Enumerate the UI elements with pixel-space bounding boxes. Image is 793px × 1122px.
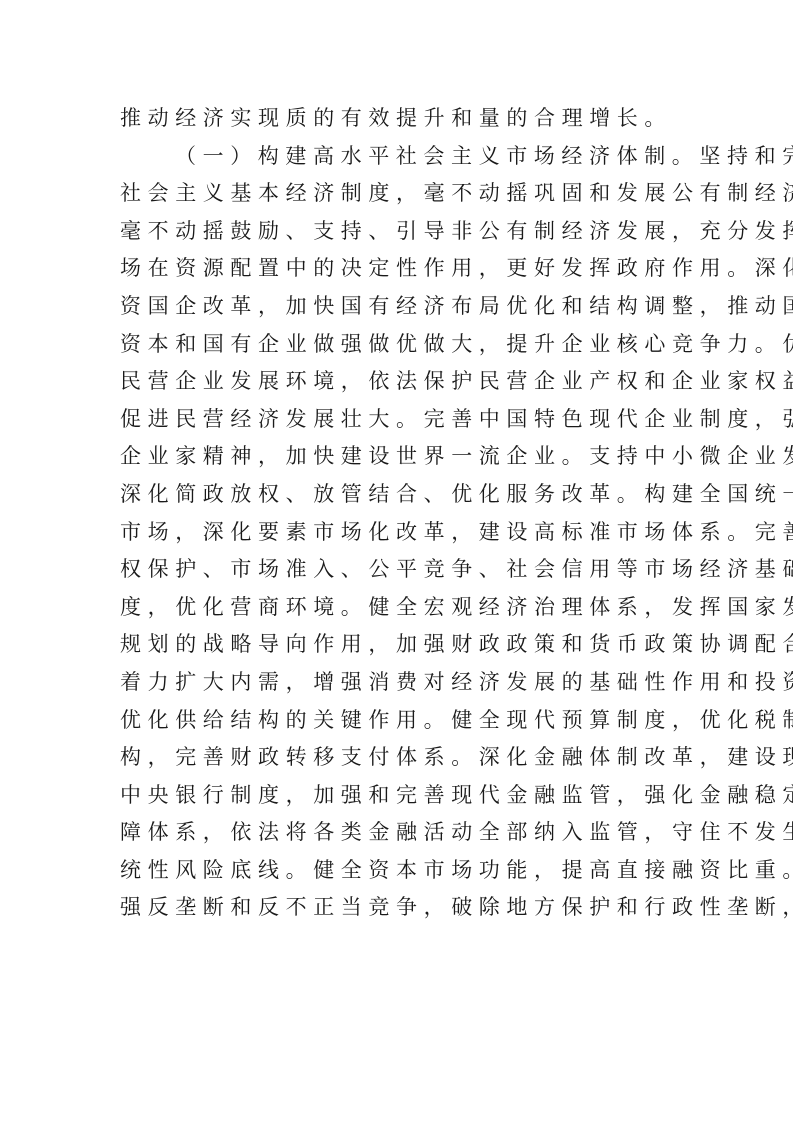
text-line: 深化简政放权、放管结合、优化服务改革。构建全国统一大 [120, 476, 676, 514]
text-line: 促进民营经济发展壮大。完善中国特色现代企业制度，弘扬 [120, 401, 676, 439]
text-line: 民营企业发展环境，依法保护民营企业产权和企业家权益， [120, 363, 676, 401]
text-line: 构，完善财政转移支付体系。深化金融体制改革，建设现代 [120, 739, 676, 777]
text-line: 场在资源配置中的决定性作用，更好发挥政府作用。深化国 [120, 250, 676, 288]
text-line: 优化供给结构的关键作用。健全现代预算制度，优化税制结 [120, 702, 676, 740]
document-page: 推动经济实现质的有效提升和量的合理增长。 （一）构建高水平社会主义市场经济体制。… [120, 100, 676, 927]
text-line: 推动经济实现质的有效提升和量的合理增长。 [120, 100, 676, 138]
text-line: 强反垄断和反不正当竞争，破除地方保护和行政性垄断，依 [120, 889, 676, 927]
text-line: 资国企改革，加快国有经济布局优化和结构调整，推动国有 [120, 288, 676, 326]
text-line: 权保护、市场准入、公平竞争、社会信用等市场经济基础制 [120, 551, 676, 589]
text-line: 资本和国有企业做强做优做大，提升企业核心竞争力。优化 [120, 326, 676, 364]
text-line: 企业家精神，加快建设世界一流企业。支持中小微企业发展。 [120, 438, 676, 476]
text-line: 规划的战略导向作用，加强财政政策和货币政策协调配合， [120, 626, 676, 664]
text-line: 障体系，依法将各类金融活动全部纳入监管，守住不发生系 [120, 814, 676, 852]
text-line: 毫不动摇鼓励、支持、引导非公有制经济发展，充分发挥市 [120, 213, 676, 251]
text-line: 统性风险底线。健全资本市场功能，提高直接融资比重。加 [120, 852, 676, 890]
text-line: 社会主义基本经济制度，毫不动摇巩固和发展公有制经济， [120, 175, 676, 213]
text-line: 着力扩大内需，增强消费对经济发展的基础性作用和投资对 [120, 664, 676, 702]
text-line: 市场，深化要素市场化改革，建设高标准市场体系。完善产 [120, 514, 676, 552]
text-line: 度，优化营商环境。健全宏观经济治理体系，发挥国家发展 [120, 589, 676, 627]
text-line: 中央银行制度，加强和完善现代金融监管，强化金融稳定保 [120, 777, 676, 815]
section-heading-line: （一）构建高水平社会主义市场经济体制。坚持和完善 [120, 138, 676, 176]
